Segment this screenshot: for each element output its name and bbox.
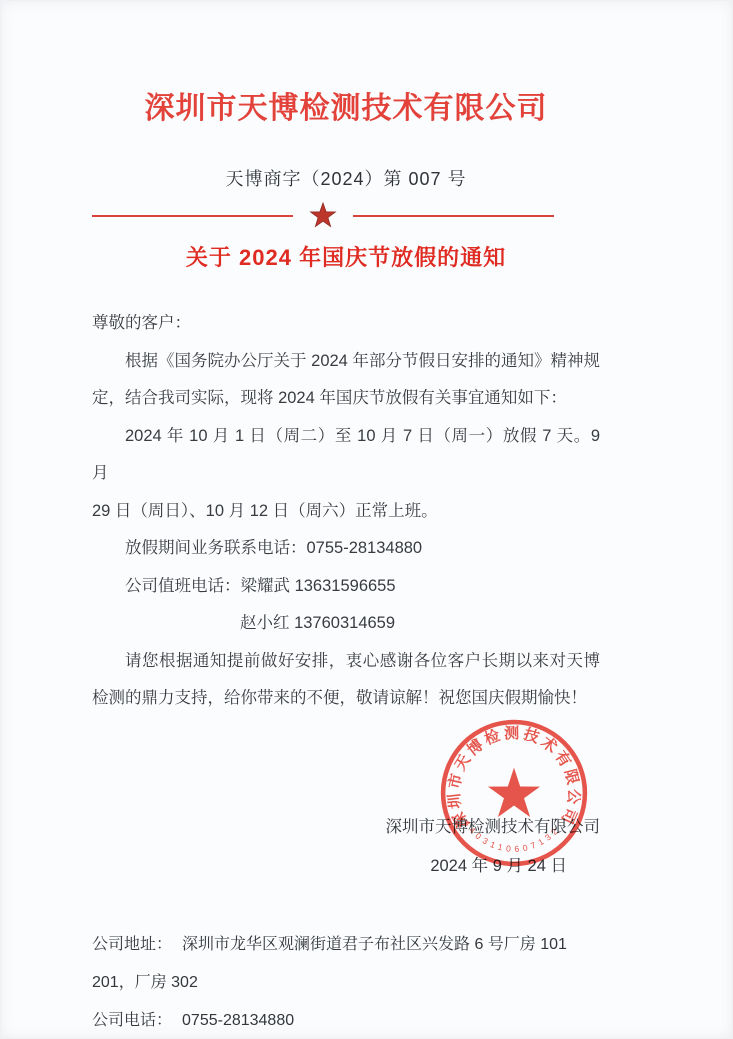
letterhead-company-title: 深圳市天博检测技术有限公司 [92,90,600,127]
letterhead-divider [92,202,554,230]
document-line: 2024 年 10 月 1 日（周二）至 10 月 7 日（周一）放假 7 天。… [92,418,600,493]
document-number: 天博商字（2024）第 007 号 [92,169,600,190]
divider-rule-left [92,215,293,217]
footer-phone-value: 0755-28134880 [182,1012,294,1029]
signature-block: 深圳市天博检测技术有限公司 2024 年 9 月 24 日 [92,808,600,886]
page-footer: 公司地址：深圳市龙华区观澜街道君子布社区兴发路 6 号厂房 101 201，厂房… [92,926,600,1039]
footer-phone-label: 公司电话： [92,1012,172,1029]
signature-company-name: 深圳市天博检测技术有限公司 [92,808,600,847]
document-line: 29 日（周日）、10 月 12 日（周六）正常上班。 [92,493,600,531]
duty-contact-line-1: 公司值班电话：梁耀武 13631596655 [92,568,600,606]
document-line: 根据《国务院办公厅关于 2024 年部分节假日安排的通知》精神规 [92,343,600,381]
scanned-notice-page: 深圳市天博检测技术有限公司 天博商字（2024）第 007 号 关于 2024 … [0,0,733,1039]
document-line: 检测的鼎力支持，给你带来的不便，敬请谅解！祝您国庆假期愉快！ [92,680,600,718]
salutation-line: 尊敬的客户： [92,305,600,343]
duty-contact-line-2: 赵小红 13760314659 [92,605,600,643]
holiday-contact-line: 放假期间业务联系电话：0755-28134880 [92,530,600,568]
footer-address-line: 公司地址：深圳市龙华区观澜街道君子布社区兴发路 6 号厂房 101 201，厂房… [92,926,600,1002]
divider-star-shape [311,203,336,227]
page-content: 深圳市天博检测技术有限公司 天博商字（2024）第 007 号 关于 2024 … [0,0,733,1039]
notice-body: 尊敬的客户： 根据《国务院办公厅关于 2024 年部分节假日安排的通知》精神规 … [92,305,600,718]
footer-address-label: 公司地址： [92,936,172,953]
footer-phone-line: 公司电话：0755-28134880 [92,1002,600,1039]
document-line: 定，结合我司实际，现将 2024 年国庆节放假有关事宜通知如下： [92,380,600,418]
star-icon [307,201,339,231]
document-line: 请您根据通知提前做好安排，衷心感谢各位客户长期以来对天博 [92,643,600,681]
notice-title: 关于 2024 年国庆节放假的通知 [92,245,600,270]
divider-rule-right [353,215,554,217]
signature-date: 2024 年 9 月 24 日 [92,847,600,886]
